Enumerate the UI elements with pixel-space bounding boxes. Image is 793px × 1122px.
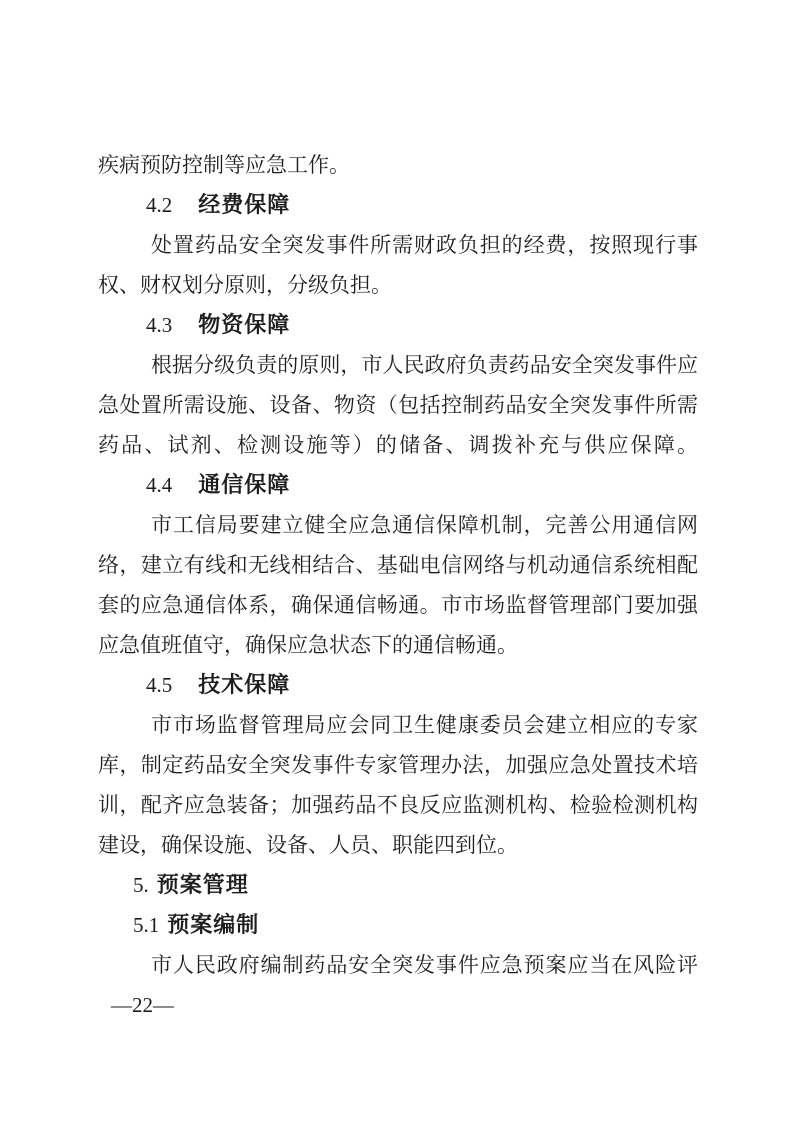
- text-line: 市市场监督管理局应会同卫生健康委员会建立相应的专家: [98, 705, 698, 745]
- text-line: 套的应急通信体系，确保通信畅通。市市场监督管理部门要加强: [98, 585, 698, 625]
- text-line: 络，建立有线和无线相结合、基础电信网络与机动通信系统相配: [98, 545, 698, 585]
- document-body: 疾病预防控制等应急工作。4.2经费保障处置药品安全突发事件所需财政负担的经费，按…: [98, 145, 698, 985]
- heading-number: 4.5: [146, 673, 172, 697]
- heading-number: 4.3: [146, 313, 172, 337]
- text-line: 库，制定药品安全突发事件专家管理办法，加强应急处置技术培: [98, 745, 698, 785]
- text-line: 药品、试剂、检测设施等）的储备、调拨补充与供应保障。: [98, 425, 698, 465]
- text-line: 应急值班值守，确保应急状态下的通信畅通。: [98, 625, 698, 665]
- section-heading: 4.3物资保障: [98, 305, 698, 345]
- text-line: 市工信局要建立健全应急通信保障机制，完善公用通信网: [98, 505, 698, 545]
- heading-title: 技术保障: [198, 672, 290, 697]
- heading-number: 5.: [133, 873, 149, 897]
- section-heading: 4.2经费保障: [98, 185, 698, 225]
- section-heading: 4.4通信保障: [98, 465, 698, 505]
- section-heading: 5.预案管理: [98, 865, 698, 905]
- heading-number: 4.4: [146, 473, 172, 497]
- heading-number: 5.1: [133, 913, 159, 937]
- heading-title: 经费保障: [198, 192, 290, 217]
- text-line: 处置药品安全突发事件所需财政负担的经费，按照现行事: [98, 225, 698, 265]
- text-line: 建设，确保设施、设备、人员、职能四到位。: [98, 825, 698, 865]
- document-page: 疾病预防控制等应急工作。4.2经费保障处置药品安全突发事件所需财政负担的经费，按…: [0, 0, 793, 1122]
- heading-title: 预案管理: [157, 872, 249, 897]
- text-line: 权、财权划分原则，分级负担。: [98, 265, 698, 305]
- heading-number: 4.2: [146, 193, 172, 217]
- text-line: 市人民政府编制药品安全突发事件应急预案应当在风险评: [98, 945, 698, 985]
- section-heading: 4.5技术保障: [98, 665, 698, 705]
- section-heading: 5.1预案编制: [98, 905, 698, 945]
- page-footer: —22—: [111, 985, 174, 1025]
- text-line: 根据分级负责的原则，市人民政府负责药品安全突发事件应: [98, 345, 698, 385]
- heading-title: 物资保障: [198, 312, 290, 337]
- text-line: 急处置所需设施、设备、物资（包括控制药品安全突发事件所需: [98, 385, 698, 425]
- heading-title: 通信保障: [198, 472, 290, 497]
- text-line: 疾病预防控制等应急工作。: [98, 145, 698, 185]
- text-line: 训，配齐应急装备；加强药品不良反应监测机构、检验检测机构: [98, 785, 698, 825]
- heading-title: 预案编制: [167, 912, 259, 937]
- page-number: —22—: [111, 993, 174, 1017]
